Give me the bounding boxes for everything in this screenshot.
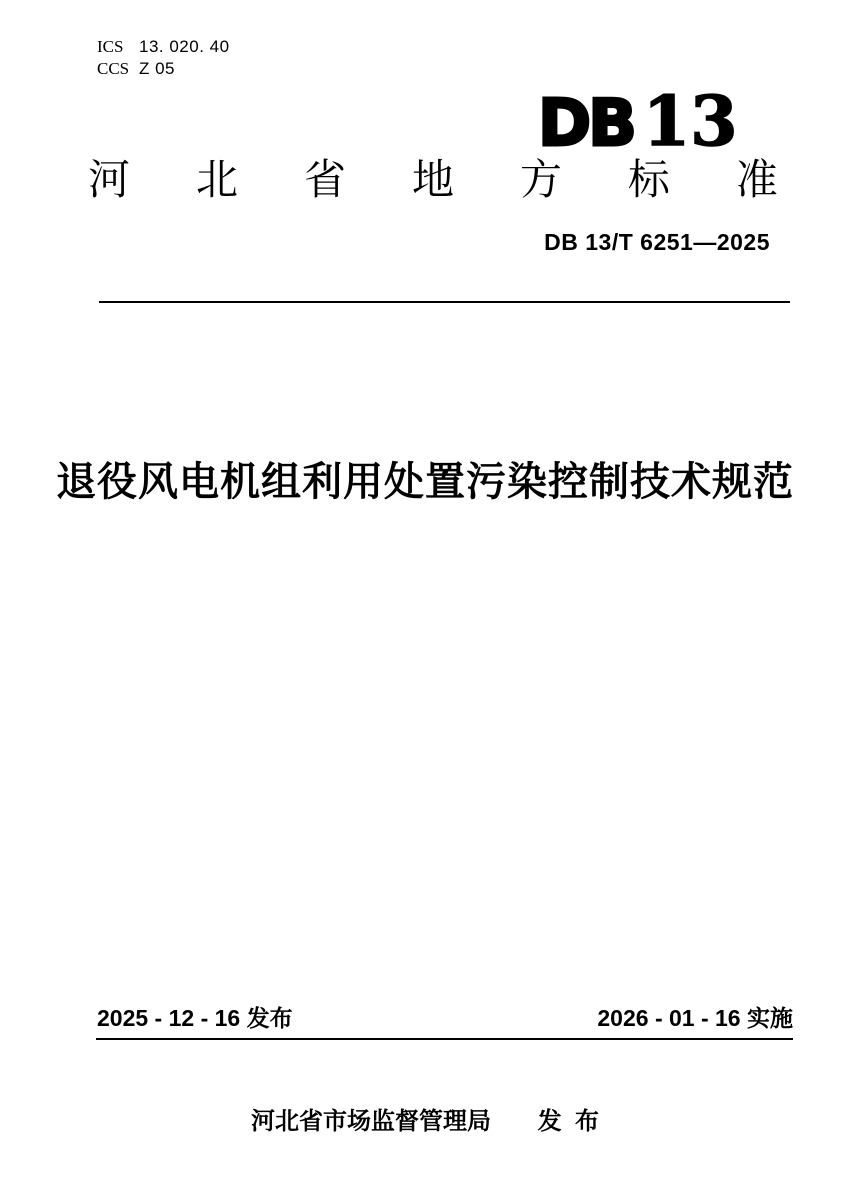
standard-type-char: 准 [736,156,778,204]
implement-date: 2026 - 01 - 16 实施 [597,1004,793,1034]
logo-number-text: 13 [643,88,738,156]
ics-row: ICS 13. 020. 40 [97,36,230,58]
top-divider [99,301,790,303]
bottom-divider [96,1038,793,1040]
logo-db-text: DB [538,92,634,156]
classification-codes: ICS 13. 020. 40 CCS Z 05 [97,36,230,80]
standard-type-char: 省 [304,156,346,204]
standard-cover-page: ICS 13. 020. 40 CCS Z 05 DB 13 河 北 省 地 方… [0,0,850,1202]
ccs-value: Z 05 [139,58,175,80]
standard-type-char: 方 [520,156,562,204]
standard-type-char: 河 [88,156,130,204]
standard-type-char: 北 [196,156,238,204]
standard-type-row: 河 北 省 地 方 标 准 [88,156,778,204]
ccs-row: CCS Z 05 [97,58,230,80]
issuer-name: 河北省市场监督管理局 [251,1108,491,1135]
issue-date: 2025 - 12 - 16 发布 [97,1004,293,1034]
standard-type-char: 地 [412,156,454,204]
db13-logo: DB 13 [538,88,738,156]
date-row: 2025 - 12 - 16 发布 2026 - 01 - 16 实施 [97,1004,793,1034]
standard-number: DB 13/T 6251—2025 [544,229,770,256]
document-title: 退役风电机组利用处置污染控制技术规范 [0,458,850,506]
ics-label: ICS [97,36,139,58]
issuer-row: 河北省市场监督管理局 发 布 [0,1106,850,1137]
standard-type-char: 标 [628,156,670,204]
ics-value: 13. 020. 40 [139,36,230,58]
ccs-label: CCS [97,58,139,80]
publish-label: 发 布 [538,1108,599,1135]
